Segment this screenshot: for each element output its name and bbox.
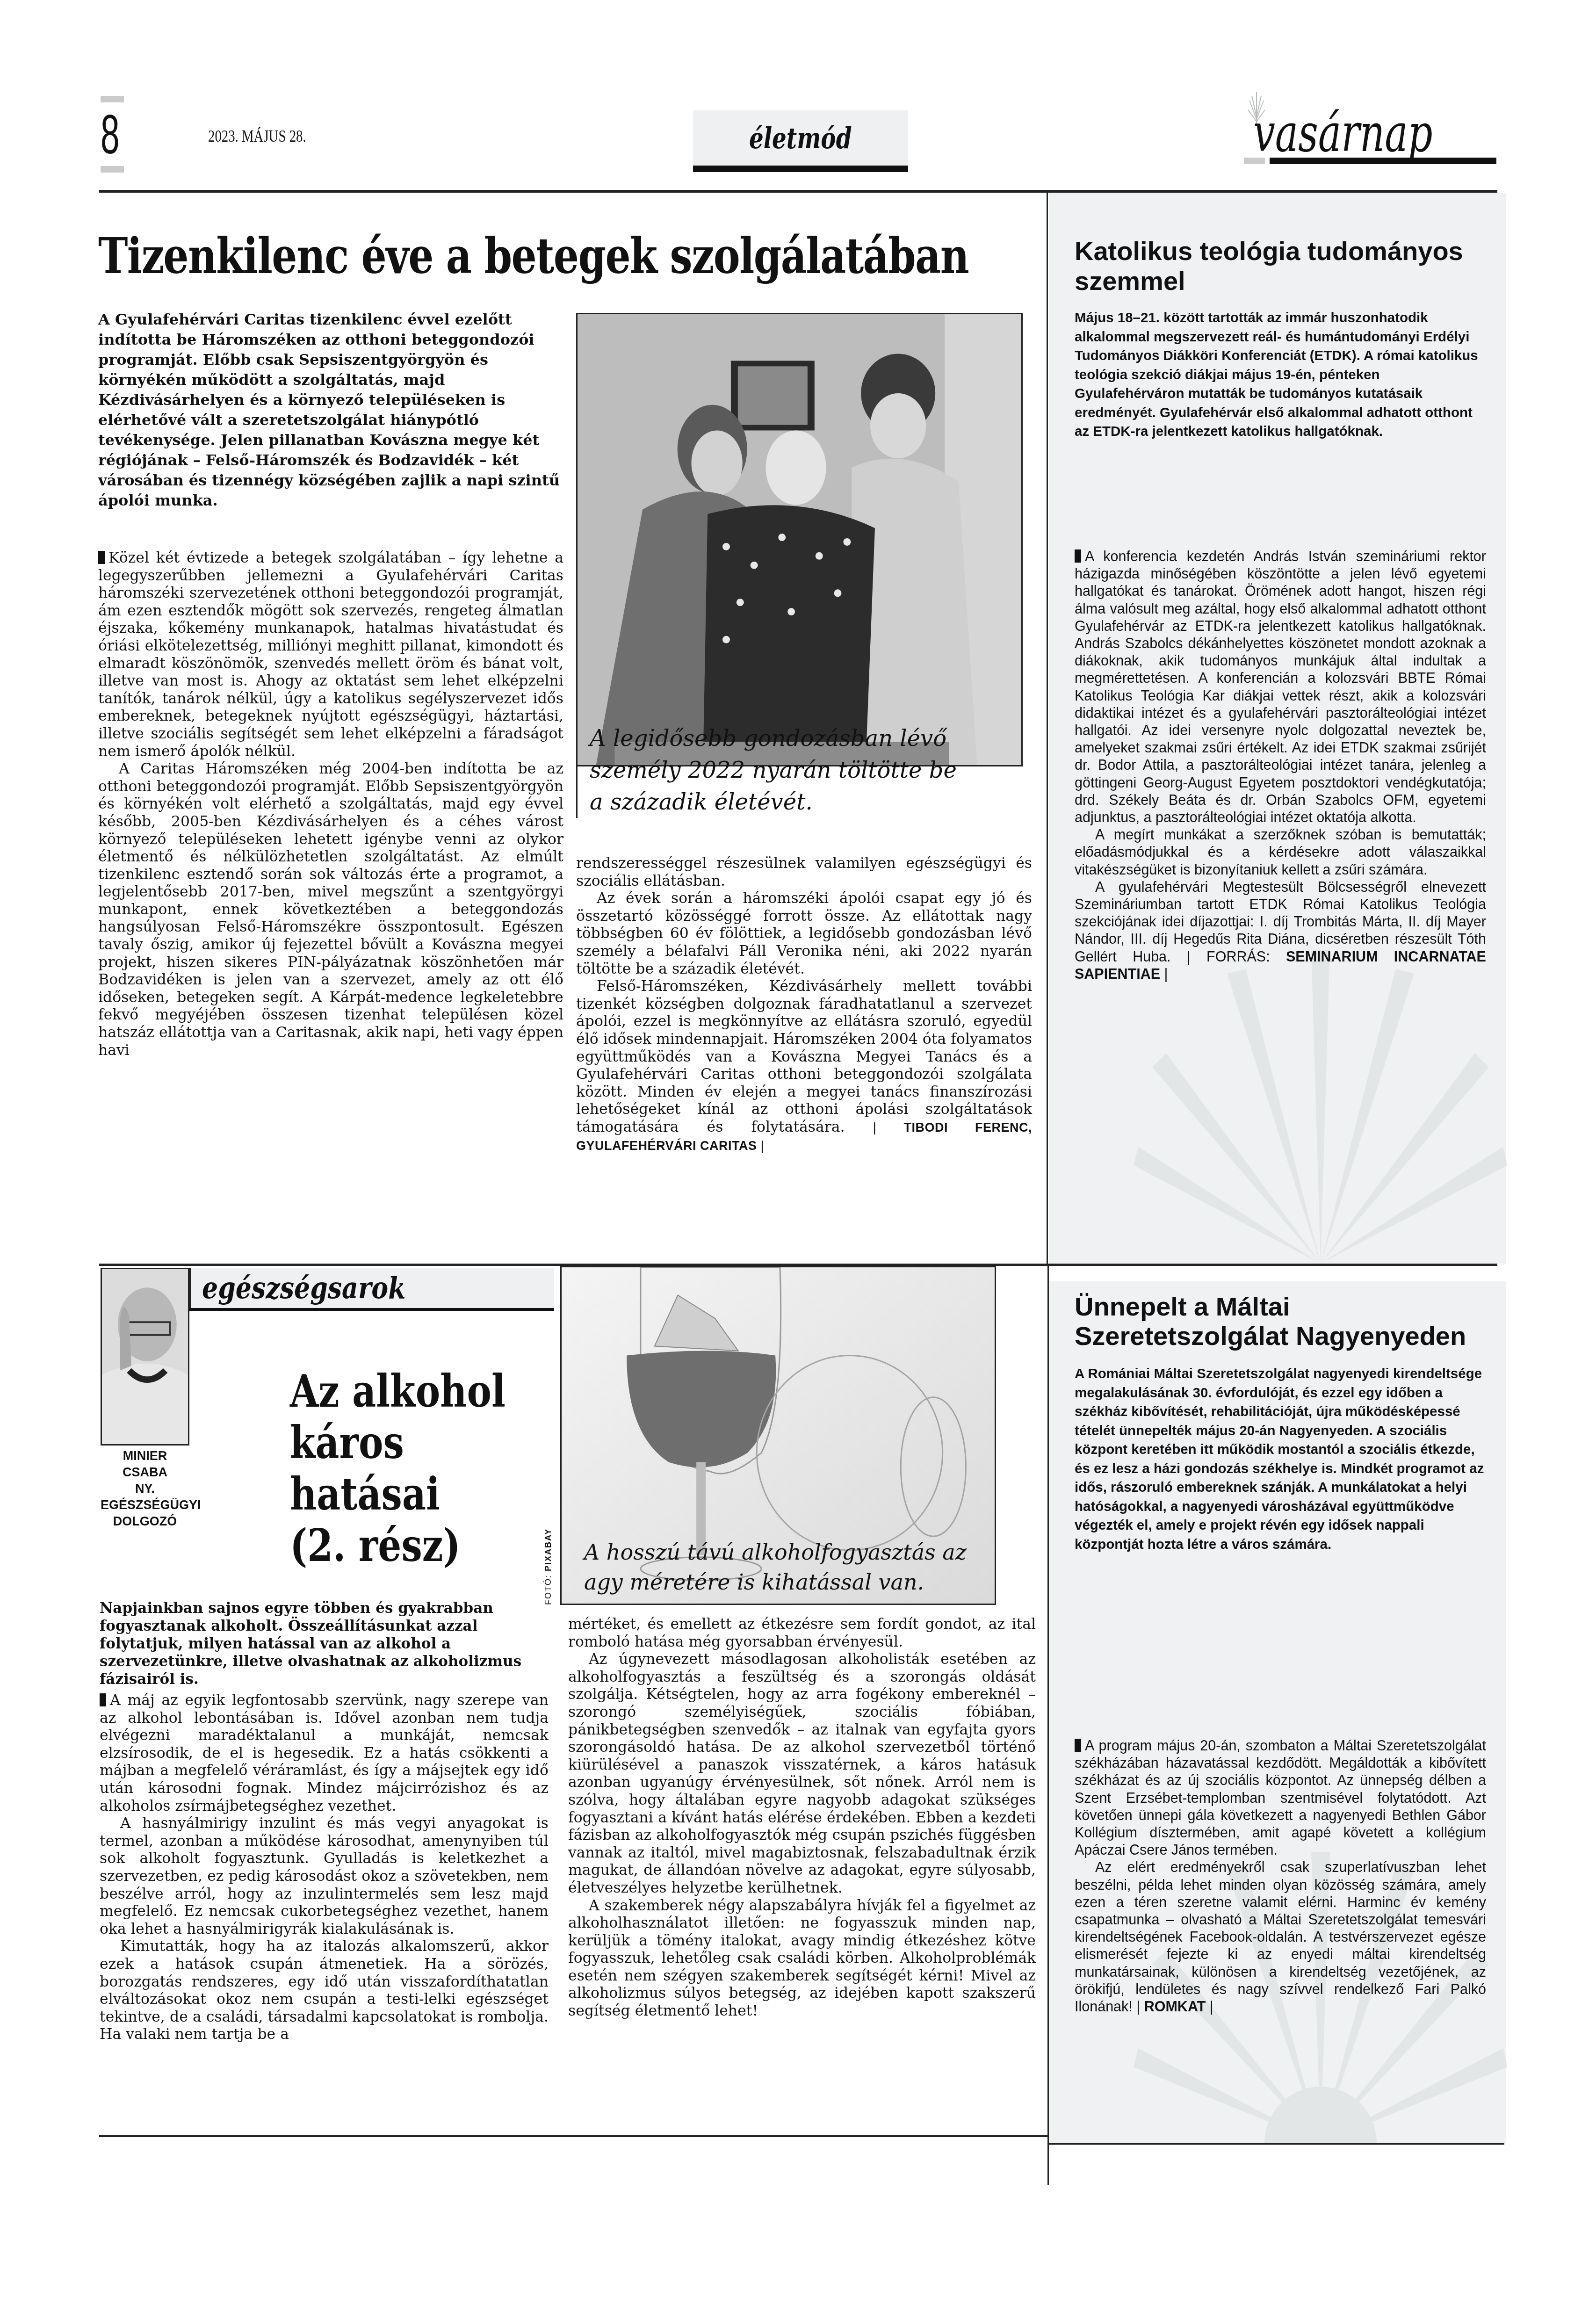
page-number: 8 [101, 96, 171, 175]
main-photo-caption: A legidősebb gondozásban lévő személy 20… [576, 723, 960, 818]
column-tag-label: egészségsarok [202, 1271, 405, 1306]
health-lead: Napjainkban sajnos egyre többen és gyakr… [100, 1599, 549, 1688]
sidebar-top-headline: Katolikus teológia tudományos szemmel [1075, 236, 1477, 296]
paragraph: mértéket, és emellett az étkezésre sem f… [568, 1616, 1036, 1650]
headline-line: hatásai [290, 1468, 506, 1520]
author-name: MINIER CSABA [101, 1448, 189, 1481]
bottom-divider-right [1048, 2143, 1504, 2145]
paragraph: Kimutatták, hogy ha az italozás alkaloms… [100, 1938, 549, 2043]
paragraph: Felső-Háromszéken, Kézdivásárhely mellet… [576, 978, 1032, 1135]
headline-line: Az alkohol [290, 1366, 506, 1417]
paragraph-start-marker [100, 1693, 106, 1706]
masthead-title: vasárnap [1253, 105, 1433, 161]
paragraph: rendszerességgel részesülnek valamilyen … [576, 855, 1032, 889]
paragraph: Az úgynevezett másodlagosan alkoholisták… [568, 1651, 1036, 1896]
alcohol-photo-caption: A hosszú távú alkoholfogyasztás az agy m… [560, 1537, 997, 1597]
page-number-bar-bottom [101, 166, 124, 173]
paragraph-start-marker [98, 551, 105, 564]
caregivers-photo-image [578, 314, 1021, 765]
section-tag: életmód [693, 110, 908, 172]
issue-date: 2023. MÁJUS 28. [208, 126, 306, 146]
masthead-rule [1270, 158, 1496, 164]
health-column-1: A máj az egyik legfontosabb szervünk, na… [100, 1692, 549, 2044]
page-number-value: 8 [101, 104, 120, 165]
masthead-logo[interactable]: vasárnap [1244, 96, 1496, 166]
sidebar-top-body: A konferencia kezdetén András István sze… [1075, 548, 1486, 983]
source-label: FORRÁS: [1206, 949, 1270, 965]
photo-credit: FOTÓ: PIXABAY [543, 1528, 553, 1605]
bottom-divider-left [99, 2135, 1048, 2137]
main-lead: A Gyulafehérvári Caritas tizenkilenc évv… [98, 310, 563, 511]
sidebar-bottom-lead: A Romániai Máltai Szeretetszolgálat nagy… [1075, 1365, 1486, 1554]
paragraph-start-marker [1075, 1739, 1081, 1752]
sidebar-bottom-headline: Ünnepelt a Máltai Szeretetszolgálat Nagy… [1075, 1292, 1477, 1351]
author-portrait-image [102, 1269, 188, 1444]
author-title: NY. EGÉSZSÉGÜGYI [101, 1481, 189, 1513]
photo-credit-label: FOTÓ: [543, 1575, 553, 1605]
paragraph: Az évek során a háromszéki ápolói csapat… [576, 890, 1032, 977]
main-article-column-1: Közel két évtizede a betegek szolgálatáb… [98, 549, 563, 1059]
paragraph: A konferencia kezdetén András István sze… [1075, 549, 1486, 825]
page-number-bar-top [101, 96, 124, 102]
author-title: DOLGOZÓ [101, 1513, 189, 1530]
paragraph: Közel két évtizede a betegek szolgálatáb… [98, 549, 563, 760]
sidebar-bottom-source: ROMKAT [1144, 1999, 1206, 2015]
column-divider-top [1047, 193, 1048, 1264]
column-divider-bottom [1047, 1266, 1049, 2185]
health-headline: Az alkohol káros hatásai (2. rész) [290, 1366, 506, 1571]
paragraph-start-marker [1075, 549, 1081, 563]
main-photo [576, 313, 1023, 766]
author-credit: MINIER CSABA NY. EGÉSZSÉGÜGYI DOLGOZÓ [101, 1448, 189, 1530]
paragraph: A program május 20-án, szombaton a Málta… [1075, 1738, 1486, 1858]
paragraph: A hasnyálmirigy inzulint és más vegyi an… [100, 1815, 549, 1937]
main-article-column-2: rendszerességgel részesülnek valamilyen … [576, 855, 1032, 1155]
sidebar-bottom-body: A program május 20-án, szombaton a Málta… [1075, 1737, 1486, 2016]
photo-credit-source: PIXABAY [543, 1528, 553, 1571]
paragraph: A máj az egyik legfontosabb szervünk, na… [100, 1692, 549, 1814]
author-photo [101, 1268, 189, 1445]
masthead-rule-accent [1244, 158, 1265, 164]
paragraph: Az elért eredményekről csak szuperlatívu… [1075, 1859, 1486, 2015]
headline-line: káros [290, 1417, 506, 1468]
paragraph: A megírt munkákat a szerzőknek szóban is… [1075, 827, 1486, 877]
sidebar-top-lead: Május 18–21. között tartották az immár h… [1075, 309, 1486, 441]
health-column-2: mértéket, és emellett az étkezésre sem f… [568, 1616, 1036, 2020]
main-headline: Tizenkilenc éve a betegek szolgálatában [98, 228, 861, 284]
headline-line: (2. rész) [290, 1520, 506, 1571]
paragraph: A Caritas Háromszéken még 2004-ben indít… [98, 760, 563, 1059]
section-tag-label: életmód [749, 121, 852, 155]
paragraph: A szakemberek négy alapszabályra hívják … [568, 1897, 1036, 2020]
column-tag: egészségsarok [189, 1268, 554, 1311]
